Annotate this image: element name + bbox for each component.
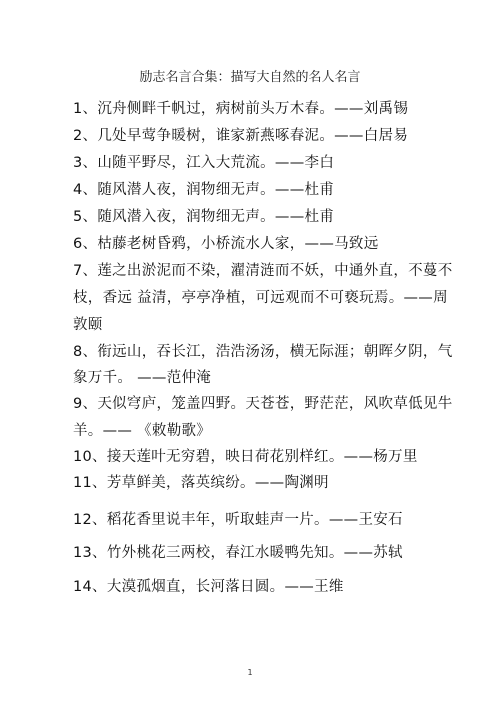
quote-line-9a: 9、天似穹庐，笼盖四野。天苍苍，野茫茫，风吹草低见牛 — [73, 392, 453, 413]
quote-line-7a: 7、莲之出淤泥而不染，濯清涟而不妖，中通外直，不蔓不 — [73, 259, 453, 280]
quote-line-2: 2、几处早莺争暖树，谁家新燕啄春泥。——白居易 — [73, 124, 408, 145]
quote-line-4: 4、随风潜人夜，润物细无声。——杜甫 — [73, 178, 334, 199]
quote-line-11: 11、芳草鲜美，落英缤纷。——陶渊明 — [73, 471, 329, 492]
quote-line-12: 12、稻花香里说丰年，听取蛙声一片。——王安石 — [73, 508, 403, 529]
page-number: 1 — [0, 668, 500, 677]
quote-line-7c: 敦颐 — [73, 313, 103, 334]
document-title: 励志名言合集：描写大自然的名人名言 — [0, 66, 500, 85]
quote-line-5: 5、随风潜入夜，润物细无声。——杜甫 — [73, 205, 334, 226]
quote-line-8b: 象万千。 ——范仲淹 — [73, 366, 211, 387]
quote-line-9b: 羊。—— 《敕勒歌》 — [73, 419, 211, 440]
quote-line-8a: 8、衔远山，吞长江，浩浩汤汤，横无际涯；朝晖夕阴，气 — [73, 340, 453, 361]
quote-line-6: 6、枯藤老树昏鸦，小桥流水人家，——马致远 — [73, 232, 379, 253]
quote-line-1: 1、沉舟侧畔千帆过，病树前头万木春。——刘禹锡 — [73, 97, 408, 118]
quote-line-3: 3、山随平野尽，江入大荒流。——李白 — [73, 151, 334, 172]
quote-line-14: 14、大漠孤烟直，长河落日圆。——王维 — [73, 575, 344, 596]
quote-line-13: 13、竹外桃花三两校，春江水暖鸭先知。——苏轼 — [73, 541, 403, 562]
quote-line-10: 10、接天莲叶无穷碧，映日荷花别样红。——杨万里 — [73, 445, 418, 466]
quote-line-7b: 枝，香远 益清，亭亭净植，可远观而不可亵玩焉。——周 — [73, 286, 448, 307]
